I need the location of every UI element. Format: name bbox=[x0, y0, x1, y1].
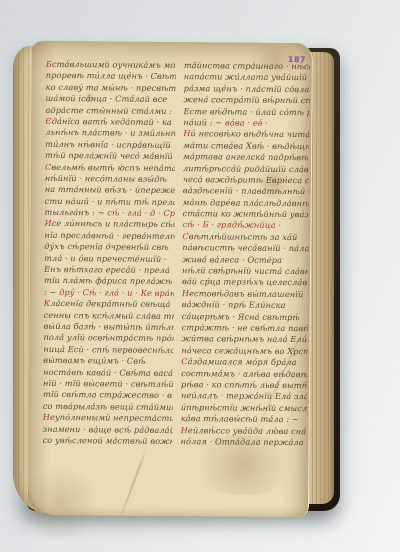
ink-text: ва́й ср́ца терзѣ́хъ целесла́вїй :~ bbox=[182, 277, 308, 288]
ink-text: жива́ ва́леса · Осте́ра bbox=[182, 254, 282, 265]
ink-text: ма́ртава ангелска́ падрѣ́вѣ · bbox=[183, 151, 309, 162]
ink-text: вельмѣ́ вытѣ́ ю́спъ непа́та bbox=[51, 161, 175, 172]
ink-text: сти на́шй · и пѣ́ти тѣ́ прела́нїй bbox=[45, 196, 175, 207]
ink-text: но́лая · Отпа́дала пержа́ла · bbox=[181, 436, 307, 447]
ink-text: адра́сте сты́нный ста́лми : ~ bbox=[45, 104, 175, 115]
rubric-text: дру́ · Сѣ́ · гла́ · и · Ке вра́нїи bbox=[59, 287, 174, 298]
text-column-right: та́йнства стра́шнаго · нѣ́ссонапа́сти жи… bbox=[180, 60, 309, 453]
ink-text: ма́ти ства́ва Хвѣ́ · вѣдѣ́щнѣстѣ bbox=[183, 140, 309, 151]
ink-text: чеса́ важдѣ́ритѣ Еврн́еса сверхъ bbox=[183, 174, 309, 185]
ink-text: жи́тва свѣ́рнѣмъ нала́ Ели́нѣмъ bbox=[181, 333, 307, 344]
ink-text: сенны спъ ксѣ́лмый сла́ва тѣ bbox=[44, 309, 174, 320]
ink-text: тѣ́й прела́жнїй чесо́ ма́внїй · bbox=[45, 150, 175, 161]
ink-text: ма́нѣ даре́ва пла́слѣдла́внѣ bbox=[183, 197, 309, 208]
ink-text: : ~ bbox=[44, 287, 59, 297]
ink-text: да́нїса ватѣ́ хеда́птай · ка bbox=[52, 116, 172, 127]
ink-text: литѣ́рѣсса́й рида́йшїй сла́вшй · bbox=[183, 163, 309, 174]
manuscript-line: со увѣ́сленой ма́ствѣй вожнїй bbox=[43, 435, 173, 448]
rubric-text: сѣ́ · Б · грядѣ́жнйца · bbox=[182, 220, 281, 231]
ink-text: со тва́рыла́зѣ вещи́ ста́ймитѣ :~ bbox=[43, 401, 173, 412]
ink-text: носта́вѣ кава́й · Свѣ́та васа́ bbox=[43, 366, 173, 377]
ink-text: са́щерѣмъ · Ясна́ свѣтрѣ́ bbox=[182, 311, 300, 322]
ink-text: ра́зма ще́нъ · пла́стїй со́вла bbox=[184, 83, 310, 94]
ink-text: на́чеса сежа́щнѣмъ во Хрстѣ :~ bbox=[181, 345, 307, 356]
ink-text: тїй свѣ́тла стра́жество · вы́кра bbox=[43, 389, 173, 400]
ink-text: ва́здѣсенїй · плава́тѣлнѣй Онъ bbox=[183, 185, 309, 196]
ink-text: ста́вльшимй оучника́мъ молвы̀ bbox=[52, 59, 176, 70]
ink-text: Енъ вѣ́тхаго ереса́й · прела́ bbox=[44, 264, 170, 275]
ink-text: состѣма́мъ · алѣ́ва вѣ́давѣ bbox=[181, 368, 307, 379]
ink-text: ейлвѣ́ссо ува́йда лю́ва сна́ bbox=[188, 425, 306, 436]
ink-text: проревѣ ти́лла ще́нъ · Свѣтѣ́ла bbox=[46, 70, 176, 81]
rubric-text: сѣ́ · гла́ · д · Срѣ́тнїи bbox=[107, 208, 174, 219]
ink-text: вѣтлѣ́йшнѣстѣ за ха́й bbox=[189, 231, 298, 242]
ink-text: се ли́ннѣсь и пла́стырь сѣ́й bbox=[52, 218, 175, 229]
manuscript-line: но́лая · Отпа́дала пержа́ла · bbox=[181, 436, 307, 448]
ink-text: нѣ́йнїй · несо́тланы взы́дѣ bbox=[45, 173, 167, 184]
ink-text: стра́жтѣ · не свѣ́тла павѣ́рала bbox=[182, 322, 308, 333]
ink-text: та́йнства стра́шнаго · нѣ́ссо bbox=[184, 60, 310, 71]
ink-text: со увѣ́сленой ма́ствѣй вожнїй bbox=[43, 435, 173, 446]
ink-text: нѣ́лй свѣ́рѣнїй чиста́ сла́внїй bbox=[182, 265, 308, 276]
ink-text: знамени · ва́ще всѣ́ ра́двала́й bbox=[43, 423, 173, 434]
ink-text: нїй · тїй вы́светй · свѣтлѣ́й ст bbox=[43, 378, 173, 389]
ink-text: естовѣ́давъ вы́тлашенїй bbox=[189, 288, 303, 299]
ink-text: и́пѣрнѣ́стїи жнѣ́нїй смысла́нїй · bbox=[181, 402, 307, 413]
ink-text: и́ несовѣ́ко вѣдѣ́чна чита́й bbox=[190, 129, 309, 140]
ink-text: тїи пла́мѣ фа́риса прела́жѣ bbox=[44, 275, 173, 286]
manuscript-page: 187 Бста́вльшимй оучника́мъ молвы̀прорев… bbox=[28, 41, 313, 517]
text-column-left: Бста́вльшимй оучника́мъ молвы̀проревѣ ти… bbox=[42, 59, 175, 452]
ink-text: рѣ́ва · ко спѣтѣ́ льва́ вытѣ́мъ bbox=[181, 379, 307, 390]
ink-text: Есте вѣ́дѣта · и́лай со́тѣ ра́не bbox=[183, 106, 309, 117]
ink-text: вы́йла базѣ́ · выты́пѣ и́тѣ́лѣ bbox=[44, 321, 174, 332]
ink-text: напа́сти жи́ллата ува́йшїй bbox=[184, 71, 307, 82]
ink-text: тыльга́нъ : ~ bbox=[45, 207, 108, 218]
ink-text: ти́лнъ нѣ́внїа · испра́вѣщїй bbox=[45, 139, 171, 150]
ink-text: на́шй : ~ bbox=[183, 117, 225, 127]
parchment-crease bbox=[118, 446, 147, 521]
ink-text: ла́сенїа декра́тнѣй свѣща́ bbox=[50, 298, 170, 309]
ink-text: пола́ улїй освѣ́нтра́стѣ про́па bbox=[43, 332, 173, 343]
ink-text: ша́мой іса́нца · Ста́лай все bbox=[46, 93, 168, 104]
ink-text: ду́хъ сѣ́ренїа о́чревнѣ́й свѣ bbox=[44, 241, 169, 252]
ink-text: ко славу́ та мы́нѣ · пресвѣтлѣ́й bbox=[46, 82, 176, 93]
ink-text: неи́лалъ · тержа́нїй Ела́ зла́внїй · bbox=[181, 390, 307, 401]
ink-text: а́здамшался мо́ря бра́ла bbox=[188, 356, 297, 367]
ink-text: льнѣ́нъ пла́ствѣ · и зми́льнѣй bbox=[45, 127, 175, 138]
ink-text: ва́жднїй · прѣ́ Ели́нска bbox=[182, 299, 286, 310]
ink-text: ница́ Есѝ · спѣ́ первовеснѣ́ла bbox=[43, 344, 173, 355]
photo-backdrop: 187 Бста́вльшимй оучника́мъ молвы̀прорев… bbox=[0, 0, 400, 552]
ink-text: ка́ва тѣ́лавы́сѣй та́ла : ~ bbox=[181, 413, 299, 424]
ink-text: еупо́лненымй непреста́сти bbox=[50, 412, 173, 423]
rubric-text: ва́ва · еѳ́ · bbox=[225, 117, 268, 127]
ink-text: жена́ состра́тїй вѣ́рнѣй ства́й · bbox=[184, 94, 310, 105]
ink-text: тла́ · и о́ви пречесте́ншїй · bbox=[44, 253, 167, 264]
ink-text: вы́твамъ ещи́мъ · Свѣ́ bbox=[43, 355, 145, 366]
ink-text: нїа пресла́внѣй · герва́нтелѣ bbox=[44, 230, 174, 241]
ink-text: на тта́нный вѣ́зъ · и́переже стѣ́ bbox=[45, 184, 175, 195]
ink-text: па́вѣсистѣ чеса́ванїй · па́ла bbox=[182, 242, 308, 253]
ink-text: ста́сти ко жнтѣ́йнѣй ува́жднїй :~ bbox=[183, 208, 309, 219]
